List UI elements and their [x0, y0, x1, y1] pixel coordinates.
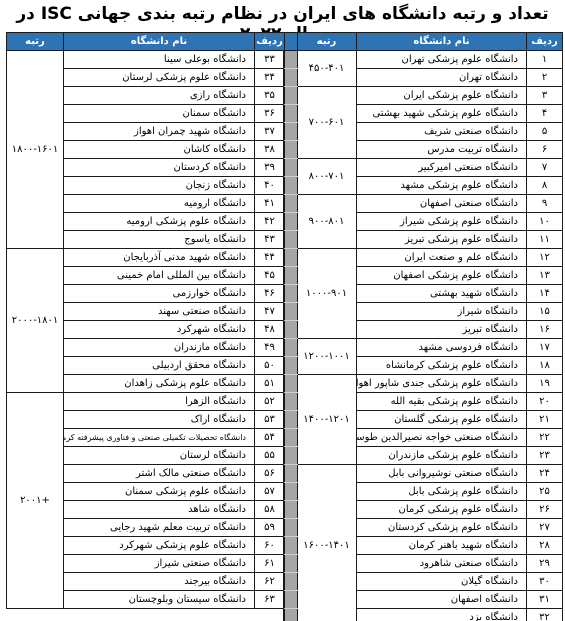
row-number: ۶۰ — [255, 537, 285, 555]
row-number: ۴۵ — [255, 267, 285, 285]
row-number: ۵۱ — [255, 375, 285, 393]
separator-cell — [285, 87, 298, 105]
table-row: ۹دانشگاه صنعتی اصفهان۹۰۰-۸۰۱ — [284, 195, 563, 213]
row-number: ۱۳ — [527, 267, 563, 285]
table-row: ۴۴دانشگاه شهید مدنی آذربایجان۲۰۰۰-۱۸۰۱ — [7, 249, 298, 267]
university-name: دانشگاه صنعتی امیرکبیر — [357, 159, 527, 177]
row-number: ۵۹ — [255, 519, 285, 537]
university-name: دانشگاه علوم پزشکی شهرکرد — [64, 537, 255, 555]
empty-cell — [7, 609, 285, 621]
university-name: دانشگاه یزد — [357, 609, 527, 621]
university-name: دانشگاه شهید باهنر کرمان — [357, 537, 527, 555]
university-name: دانشگاه فردوسی مشهد — [357, 339, 527, 357]
university-name: دانشگاه علوم پزشکی کردستان — [357, 519, 527, 537]
separator-cell — [285, 51, 298, 69]
separator-cell — [285, 159, 298, 177]
university-name: دانشگاه صنعتی نوشیروانی بابل — [357, 465, 527, 483]
separator-cell — [285, 213, 298, 231]
university-name: دانشگاه تحصیلات تکمیلی صنعتی و فناوری پی… — [64, 429, 255, 447]
university-name: دانشگاه لرستان — [64, 447, 255, 465]
row-number: ۳۰ — [527, 573, 563, 591]
row-number: ۳۶ — [255, 105, 285, 123]
row-number: ۵۳ — [255, 411, 285, 429]
university-name: دانشگاه علوم پزشکی جندی شاپور اهواز — [357, 375, 527, 393]
row-number: ۵۷ — [255, 483, 285, 501]
row-number: ۴۳ — [255, 231, 285, 249]
university-name: دانشگاه خوارزمی — [64, 285, 255, 303]
university-name: دانشگاه علوم پزشکی کرمانشاه — [357, 357, 527, 375]
university-name: دانشگاه علوم پزشکی ایران — [357, 87, 527, 105]
university-name: دانشگاه علم و صنعت ایران — [357, 249, 527, 267]
row-number: ۳۸ — [255, 141, 285, 159]
column-header-rank: رتبه — [7, 33, 64, 51]
rank-range: ۱۸۰۰-۱۶۰۱ — [7, 51, 64, 249]
university-name: دانشگاه علوم پزشکی گلستان — [357, 411, 527, 429]
table-row: ۷دانشگاه صنعتی امیرکبیر۸۰۰-۷۰۱ — [284, 159, 563, 177]
row-number: ۷ — [527, 159, 563, 177]
university-name: دانشگاه علوم پزشکی لرستان — [64, 69, 255, 87]
university-name: دانشگاه علوم پزشکی سمنان — [64, 483, 255, 501]
table-row: ۲۴دانشگاه صنعتی نوشیروانی بابل۱۶۰۰-۱۴۰۱ — [284, 465, 563, 483]
row-number: ۶۳ — [255, 591, 285, 609]
university-name: دانشگاه یاسوج — [64, 231, 255, 249]
university-name: دانشگاه شهید بهشتی — [357, 285, 527, 303]
rank-range: ۱۶۰۰-۱۴۰۱ — [297, 465, 357, 621]
ranking-table-left: ردیف نام دانشگاه رتبه ۳۳دانشگاه بوعلی سی… — [6, 32, 298, 621]
separator-cell — [285, 339, 298, 357]
university-name: دانشگاه شهید چمران اهواز — [64, 123, 255, 141]
separator-cell — [285, 321, 298, 339]
row-number: ۱۶ — [527, 321, 563, 339]
university-name: دانشگاه علوم پزشکی اصفهان — [357, 267, 527, 285]
university-name: دانشگاه علوم پزشکی مازندران — [357, 447, 527, 465]
university-name: دانشگاه کاشان — [64, 141, 255, 159]
separator-cell — [285, 105, 298, 123]
row-number: ۶۱ — [255, 555, 285, 573]
separator-cell — [285, 501, 298, 519]
row-number: ۱۷ — [527, 339, 563, 357]
separator-cell — [285, 447, 298, 465]
university-name: دانشگاه بین المللی امام خمینی — [64, 267, 255, 285]
row-number: ۱۴ — [527, 285, 563, 303]
separator-cell — [285, 249, 298, 267]
row-number: ۹ — [527, 195, 563, 213]
rank-range: ۱۰۰۰-۹۰۱ — [297, 249, 357, 339]
row-number: ۴۷ — [255, 303, 285, 321]
column-header-rank: رتبه — [297, 33, 357, 51]
separator-cell — [285, 303, 298, 321]
row-number: ۲۴ — [527, 465, 563, 483]
separator-cell — [285, 357, 298, 375]
row-number: ۳۵ — [255, 87, 285, 105]
row-number: ۳۲ — [527, 609, 563, 621]
row-number: ۵۵ — [255, 447, 285, 465]
university-name: دانشگاه صنعتی خواجه نصیرالدین طوسی — [357, 429, 527, 447]
separator-cell — [285, 231, 298, 249]
rank-range: ۴۵۰-۴۰۱ — [297, 51, 357, 87]
university-name: دانشگاه اصفهان — [357, 591, 527, 609]
table-row: ۵۲دانشگاه الزهرا+۲۰۰۱ — [7, 393, 298, 411]
university-name: دانشگاه تهران — [357, 69, 527, 87]
table-row: ۱۹دانشگاه علوم پزشکی جندی شاپور اهواز۱۴۰… — [284, 375, 563, 393]
separator-cell — [285, 411, 298, 429]
row-number: ۱۵ — [527, 303, 563, 321]
row-number: ۱۰ — [527, 213, 563, 231]
row-number: ۲ — [527, 69, 563, 87]
table-header-row: ردیف نام دانشگاه رتبه — [7, 33, 298, 51]
separator-cell — [285, 609, 298, 621]
row-number: ۵۰ — [255, 357, 285, 375]
university-name: دانشگاه علوم پزشکی مشهد — [357, 177, 527, 195]
university-name: دانشگاه کردستان — [64, 159, 255, 177]
row-number: ۴۱ — [255, 195, 285, 213]
row-number: ۱۲ — [527, 249, 563, 267]
row-number: ۲۲ — [527, 429, 563, 447]
university-name: دانشگاه صنعتی اصفهان — [357, 195, 527, 213]
row-number: ۲۶ — [527, 501, 563, 519]
row-number: ۴۴ — [255, 249, 285, 267]
separator-cell — [285, 267, 298, 285]
separator-cell — [285, 537, 298, 555]
separator-filler-row — [7, 609, 298, 621]
rank-range: ۱۲۰۰-۱۰۰۱ — [297, 339, 357, 375]
university-name: دانشگاه شهید مدنی آذربایجان — [64, 249, 255, 267]
row-number: ۳۹ — [255, 159, 285, 177]
separator-cell — [285, 393, 298, 411]
rank-range: ۱۴۰۰-۱۲۰۱ — [297, 375, 357, 465]
university-name: دانشگاه بوعلی سینا — [64, 51, 255, 69]
university-name: دانشگاه علوم پزشکی تهران — [357, 51, 527, 69]
university-name: دانشگاه گیلان — [357, 573, 527, 591]
university-name: دانشگاه علوم پزشکی شیراز — [357, 213, 527, 231]
university-name: دانشگاه اراک — [64, 411, 255, 429]
column-header-university-name: نام دانشگاه — [64, 33, 255, 51]
row-number: ۲۳ — [527, 447, 563, 465]
university-name: دانشگاه علوم پزشکی تبریز — [357, 231, 527, 249]
university-name: دانشگاه الزهرا — [64, 393, 255, 411]
row-number: ۴۶ — [255, 285, 285, 303]
ranking-table-right: ردیف نام دانشگاه رتبه ۱دانشگاه علوم پزشک… — [283, 32, 563, 621]
row-number: ۴۹ — [255, 339, 285, 357]
table-row: ۱۲دانشگاه علم و صنعت ایران۱۰۰۰-۹۰۱ — [284, 249, 563, 267]
row-number: ۶۲ — [255, 573, 285, 591]
rank-range: ۹۰۰-۸۰۱ — [297, 195, 357, 249]
row-number: ۳۱ — [527, 591, 563, 609]
university-name: دانشگاه صنعتی شاهرود — [357, 555, 527, 573]
university-name: دانشگاه شاهد — [64, 501, 255, 519]
university-name: دانشگاه صنعتی سهند — [64, 303, 255, 321]
university-name: دانشگاه محقق اردبیلی — [64, 357, 255, 375]
row-number: ۵۴ — [255, 429, 285, 447]
column-header-row-number: ردیف — [527, 33, 563, 51]
separator-cell — [285, 429, 298, 447]
row-number: ۲۹ — [527, 555, 563, 573]
university-name: دانشگاه صنعتی شیراز — [64, 555, 255, 573]
row-number: ۳۳ — [255, 51, 285, 69]
row-number: ۱ — [527, 51, 563, 69]
university-name: دانشگاه علوم پزشکی کرمان — [357, 501, 527, 519]
table-row: ۱۷دانشگاه فردوسی مشهد۱۲۰۰-۱۰۰۱ — [284, 339, 563, 357]
university-name: دانشگاه صنعتی شریف — [357, 123, 527, 141]
row-number: ۳۷ — [255, 123, 285, 141]
separator-header — [285, 33, 298, 51]
university-name: دانشگاه علوم پزشکی ارومیه — [64, 213, 255, 231]
row-number: ۴ — [527, 105, 563, 123]
separator-cell — [285, 519, 298, 537]
separator-cell — [285, 177, 298, 195]
university-name: دانشگاه بیرجند — [64, 573, 255, 591]
separator-cell — [285, 123, 298, 141]
row-number: ۵ — [527, 123, 563, 141]
row-number: ۵۲ — [255, 393, 285, 411]
separator-cell — [285, 465, 298, 483]
university-name: دانشگاه شیراز — [357, 303, 527, 321]
university-name: دانشگاه سیستان وبلوچستان — [64, 591, 255, 609]
row-number: ۸ — [527, 177, 563, 195]
university-name: دانشگاه رازی — [64, 87, 255, 105]
row-number: ۵۶ — [255, 465, 285, 483]
row-number: ۲۸ — [527, 537, 563, 555]
row-number: ۴۰ — [255, 177, 285, 195]
rank-range: ۸۰۰-۷۰۱ — [297, 159, 357, 195]
table-row: ۳۳دانشگاه بوعلی سینا۱۸۰۰-۱۶۰۱ — [7, 51, 298, 69]
separator-cell — [285, 285, 298, 303]
separator-cell — [285, 69, 298, 87]
row-number: ۲۵ — [527, 483, 563, 501]
row-number: ۲۰ — [527, 393, 563, 411]
column-header-row-number: ردیف — [255, 33, 285, 51]
university-name: دانشگاه تربیت معلم شهید رجایی — [64, 519, 255, 537]
column-header-university-name: نام دانشگاه — [357, 33, 527, 51]
university-name: دانشگاه علوم پزشکی شهید بهشتی — [357, 105, 527, 123]
separator-cell — [285, 483, 298, 501]
university-name: دانشگاه علوم پزشکی بقیه الله — [357, 393, 527, 411]
separator-cell — [285, 375, 298, 393]
separator-cell — [285, 141, 298, 159]
row-number: ۶ — [527, 141, 563, 159]
separator-cell — [285, 573, 298, 591]
row-number: ۱۹ — [527, 375, 563, 393]
university-name: دانشگاه علوم پزشکی زاهدان — [64, 375, 255, 393]
row-number: ۲۱ — [527, 411, 563, 429]
university-name: دانشگاه تربیت مدرس — [357, 141, 527, 159]
university-name: دانشگاه ارومیه — [64, 195, 255, 213]
table-row: ۳دانشگاه علوم پزشکی ایران۷۰۰-۶۰۱ — [284, 87, 563, 105]
university-name: دانشگاه صنعتی مالک اشتر — [64, 465, 255, 483]
separator-cell — [285, 591, 298, 609]
university-name: دانشگاه سمنان — [64, 105, 255, 123]
rank-range: ۷۰۰-۶۰۱ — [297, 87, 357, 159]
rank-range: ۲۰۰۰-۱۸۰۱ — [7, 249, 64, 393]
row-number: ۲۷ — [527, 519, 563, 537]
table-header-row: ردیف نام دانشگاه رتبه — [284, 33, 563, 51]
separator-cell — [285, 195, 298, 213]
row-number: ۳۴ — [255, 69, 285, 87]
university-name: دانشگاه مازندران — [64, 339, 255, 357]
row-number: ۵۸ — [255, 501, 285, 519]
row-number: ۱۸ — [527, 357, 563, 375]
university-name: دانشگاه علوم پزشکی بابل — [357, 483, 527, 501]
separator-cell — [285, 555, 298, 573]
row-number: ۴۸ — [255, 321, 285, 339]
university-name: دانشگاه شهرکرد — [64, 321, 255, 339]
university-name: دانشگاه زنجان — [64, 177, 255, 195]
rank-range: +۲۰۰۱ — [7, 393, 64, 609]
row-number: ۱۱ — [527, 231, 563, 249]
row-number: ۴۲ — [255, 213, 285, 231]
table-row: ۱دانشگاه علوم پزشکی تهران۴۵۰-۴۰۱ — [284, 51, 563, 69]
row-number: ۳ — [527, 87, 563, 105]
university-name: دانشگاه تبریز — [357, 321, 527, 339]
